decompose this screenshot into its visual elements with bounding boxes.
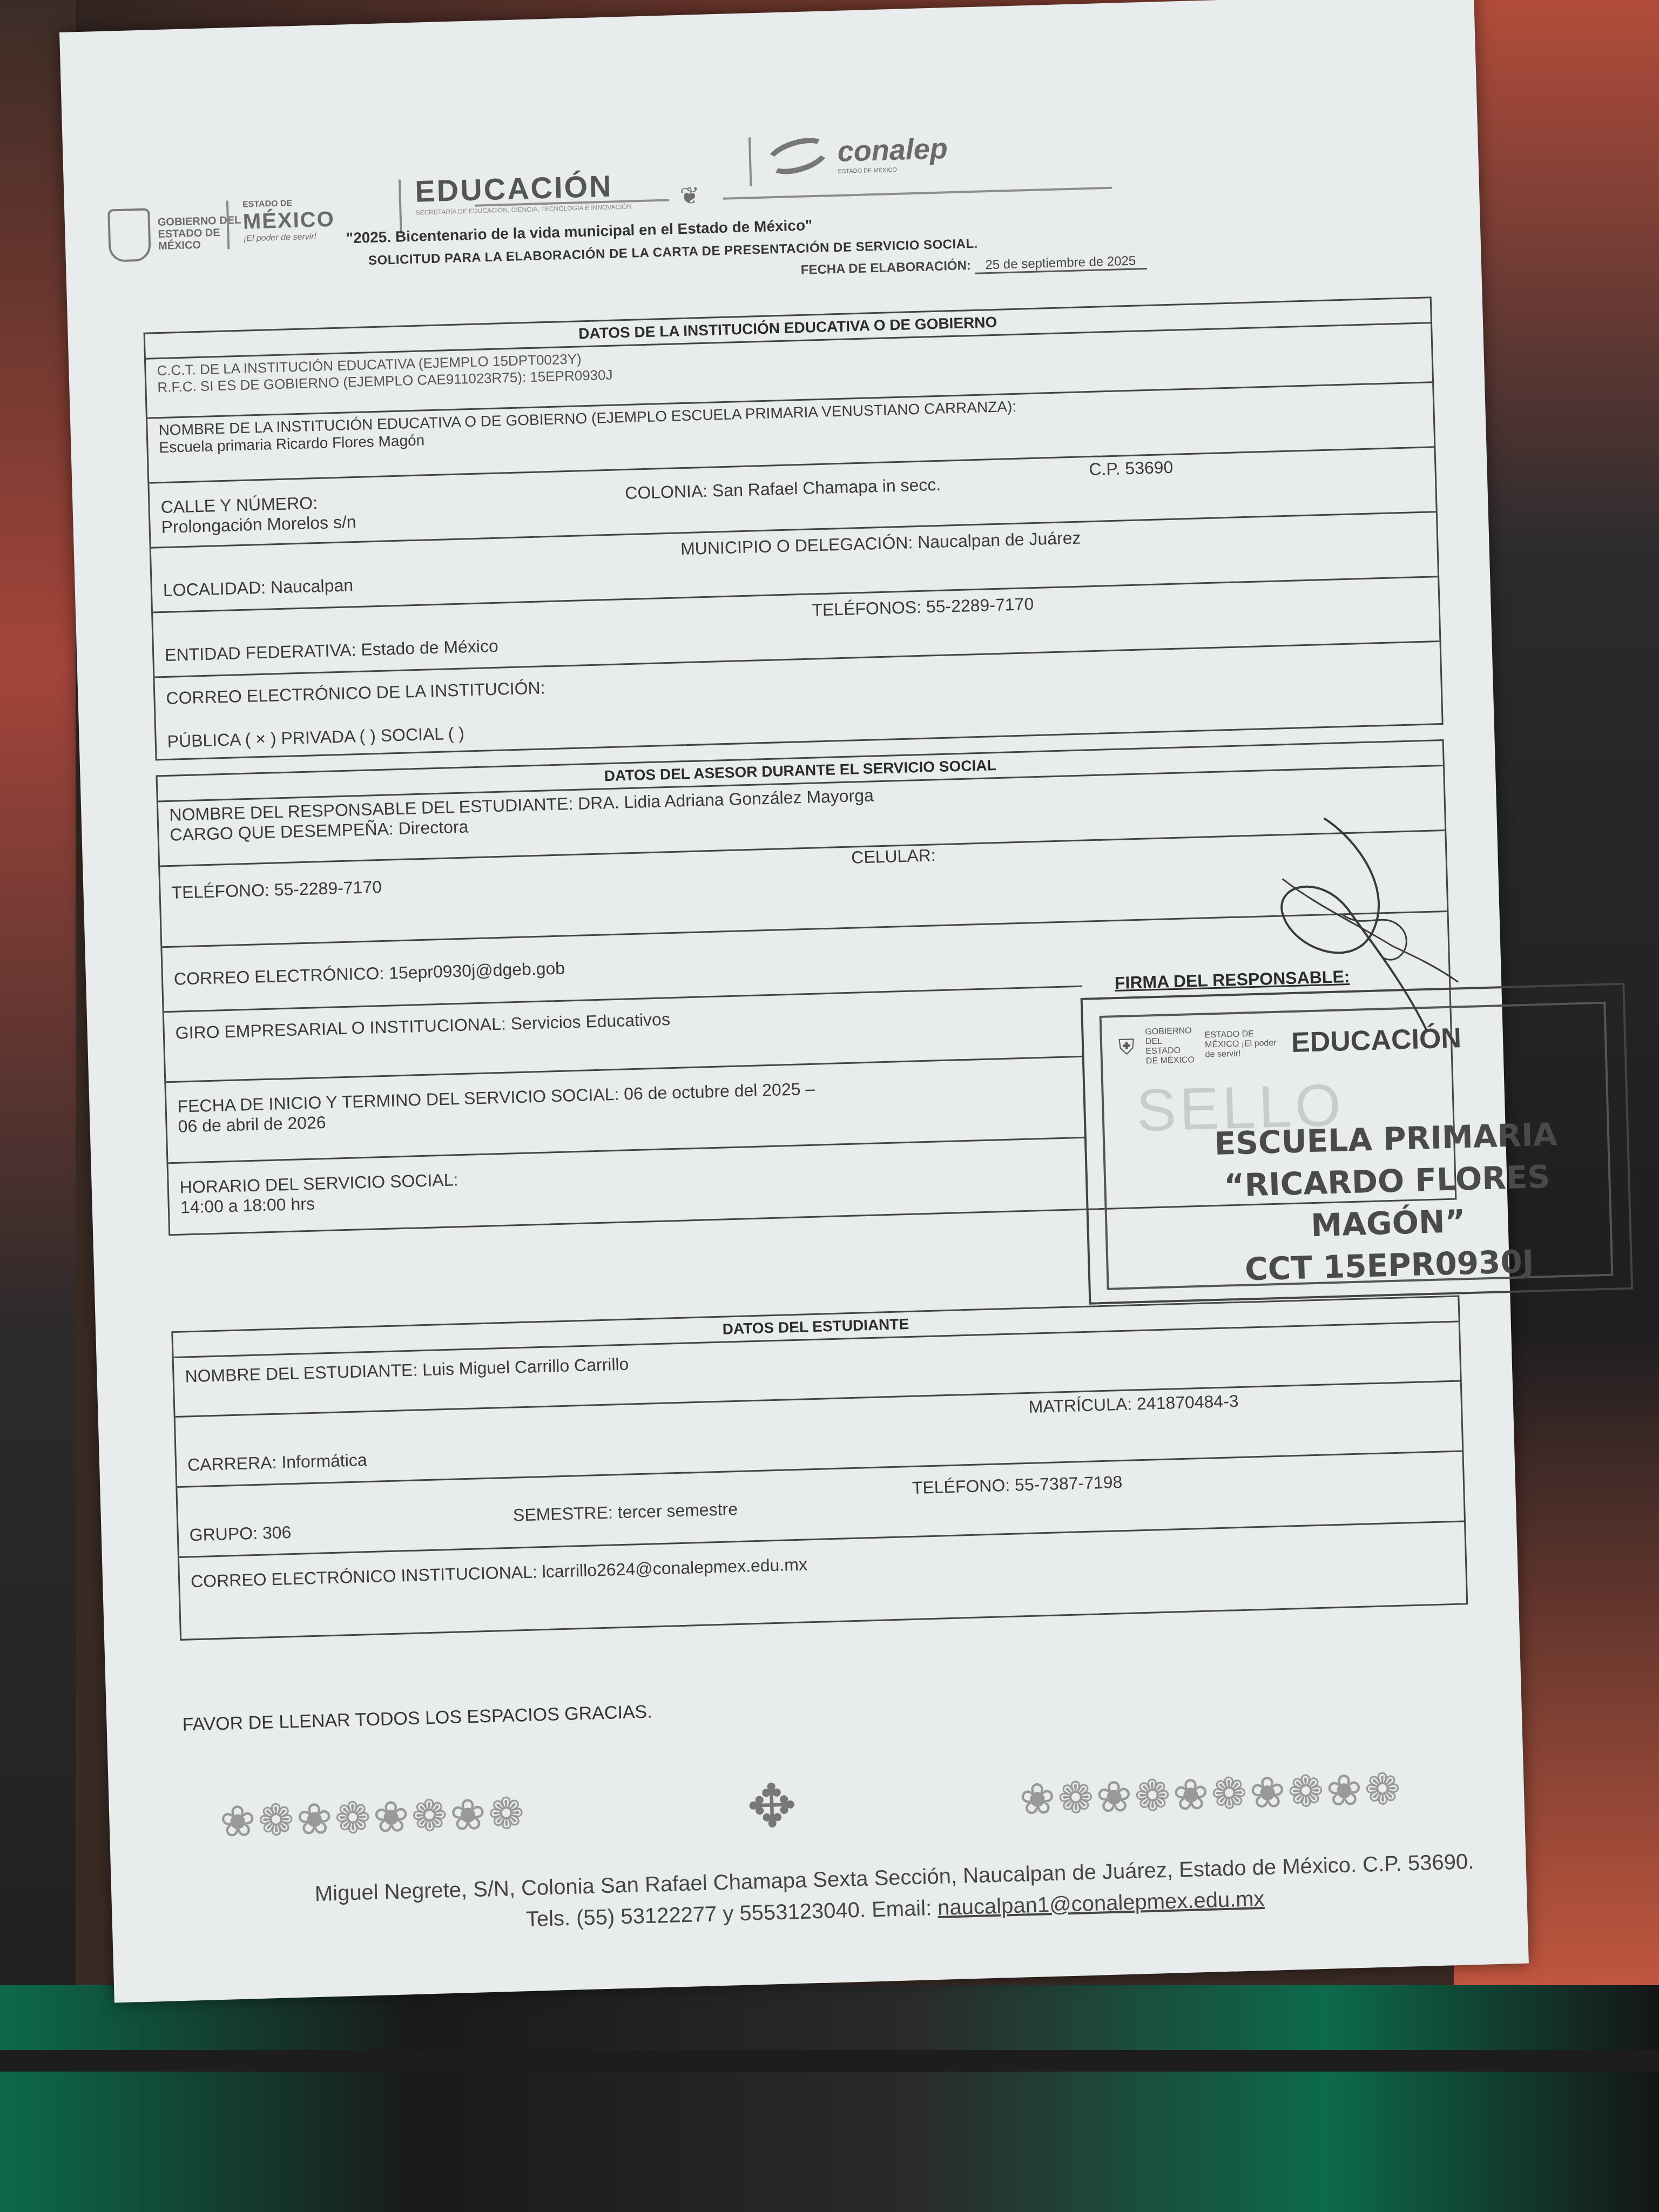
enrollment-number-field: MATRÍCULA: 241870484-3	[1028, 1391, 1239, 1417]
business-type-field: GIRO EMPRESARIAL O INSTITUCIONAL: Servic…	[175, 1009, 670, 1043]
fill-all-fields-note: FAVOR DE LLENAR TODOS LOS ESPACIOS GRACI…	[182, 1702, 652, 1736]
advisor-phone-field: TELÉFONO: 55-2289-7170	[171, 877, 382, 903]
edomex-logo: ESTADO DE MÉXICO ¡El poder de servir!	[242, 198, 335, 244]
background-fabric-bottom	[0, 1985, 1659, 2212]
handwritten-signature	[1259, 804, 1471, 1057]
stamp-line: “RICARDO FLORES MAGÓN”	[1170, 1154, 1604, 1250]
footer-address: Miguel Negrete, S/N, Colonia San Rafael …	[273, 1845, 1516, 1942]
decorative-border: ❀❁❀❁❀❁❀❁ ✥ ❀❁❀❁❀❁❀❁❀❁	[109, 1753, 1514, 1857]
student-email-field: CORREO ELECTRÓNICO INSTITUCIONAL: lcarri…	[191, 1554, 808, 1591]
education-logo: EDUCACIÓN SECRETARÍA DE EDUCACIÓN, CIENC…	[415, 168, 632, 217]
ornament-center-icon: ✥	[746, 1771, 800, 1842]
institution-type-field: PÚBLICA ( × ) PRIVADA ( ) SOCIAL ( )	[167, 724, 464, 752]
background-fabric-left	[0, 0, 76, 2212]
elaboration-date-label: FECHA DE ELABORACIÓN:	[800, 258, 971, 278]
locality-field: LOCALIDAD: Naucalpan	[163, 575, 353, 601]
student-name-field: NOMBRE DEL ESTUDIANTE: Luis Miguel Carri…	[185, 1354, 629, 1387]
municipality-field: MUNICIPIO O DELEGACIÓN: Naucalpan de Juá…	[680, 528, 1081, 559]
edomex-logo-name: MÉXICO	[242, 207, 335, 234]
advisor-cell-field: CELULAR:	[851, 845, 936, 867]
institution-phones-field: TELÉFONOS: 55-2289-7170	[812, 594, 1034, 620]
conalep-logo: conalep ESTADO DE MÉXICO	[765, 132, 948, 177]
group-field: GRUPO: 306	[189, 1522, 291, 1545]
student-section: DATOS DEL ESTUDIANTE NOMBRE DEL ESTUDIAN…	[171, 1296, 1468, 1641]
leaf-ornament-icon: ❦	[679, 182, 700, 210]
state-field: ENTIDAD FEDERATIVA: Estado de México	[165, 636, 498, 665]
logo-divider	[399, 179, 402, 233]
institution-section: DATOS DE LA INSTITUCIÓN EDUCATIVA O DE G…	[144, 296, 1444, 760]
document-page: GOBIERNO DEL ESTADO DE MÉXICO ESTADO DE …	[59, 0, 1529, 2003]
advisor-email-field: CORREO ELECTRÓNICO: 15epr0930j@dgeb.gob	[174, 959, 565, 989]
gob-edomex-logo: GOBIERNO DEL ESTADO DE MÉXICO	[107, 206, 242, 262]
stamp-gob-logo: GOBIERNO DEL ESTADO DE MÉXICO	[1145, 1026, 1195, 1066]
elaboration-date-value: 25 de septiembre de 2025	[974, 253, 1147, 274]
ornament-pattern-icon: ❀❁❀❁❀❁❀❁	[219, 1788, 528, 1847]
conalep-logo-name: conalep	[837, 132, 948, 168]
ornament-pattern-icon: ❀❁❀❁❀❁❀❁❀❁	[1019, 1763, 1404, 1824]
edomex-logo-slogan: ¡El poder de servir!	[244, 232, 335, 244]
footer-email-link[interactable]: naucalpan1@conalepmex.edu.mx	[938, 1887, 1265, 1920]
student-phone-field: TELÉFONO: 55-7387-7198	[912, 1472, 1122, 1498]
postal-code-field: C.P. 53690	[1089, 457, 1174, 480]
school-stamp-text: ESCUELA PRIMARIA “RICARDO FLORES MAGÓN” …	[1169, 1112, 1606, 1292]
institution-email-field: CORREO ELECTRÓNICO DE LA INSTITUCIÓN:	[166, 678, 545, 709]
semester-field: SEMESTRE: tercer semestre	[512, 1499, 738, 1526]
state-coat-of-arms-icon	[107, 208, 151, 262]
conalep-mark-icon	[762, 131, 833, 181]
logo-divider	[748, 137, 752, 186]
state-coat-of-arms-icon: ⛨	[1118, 1035, 1135, 1060]
career-field: CARRERA: Informática	[187, 1450, 367, 1475]
